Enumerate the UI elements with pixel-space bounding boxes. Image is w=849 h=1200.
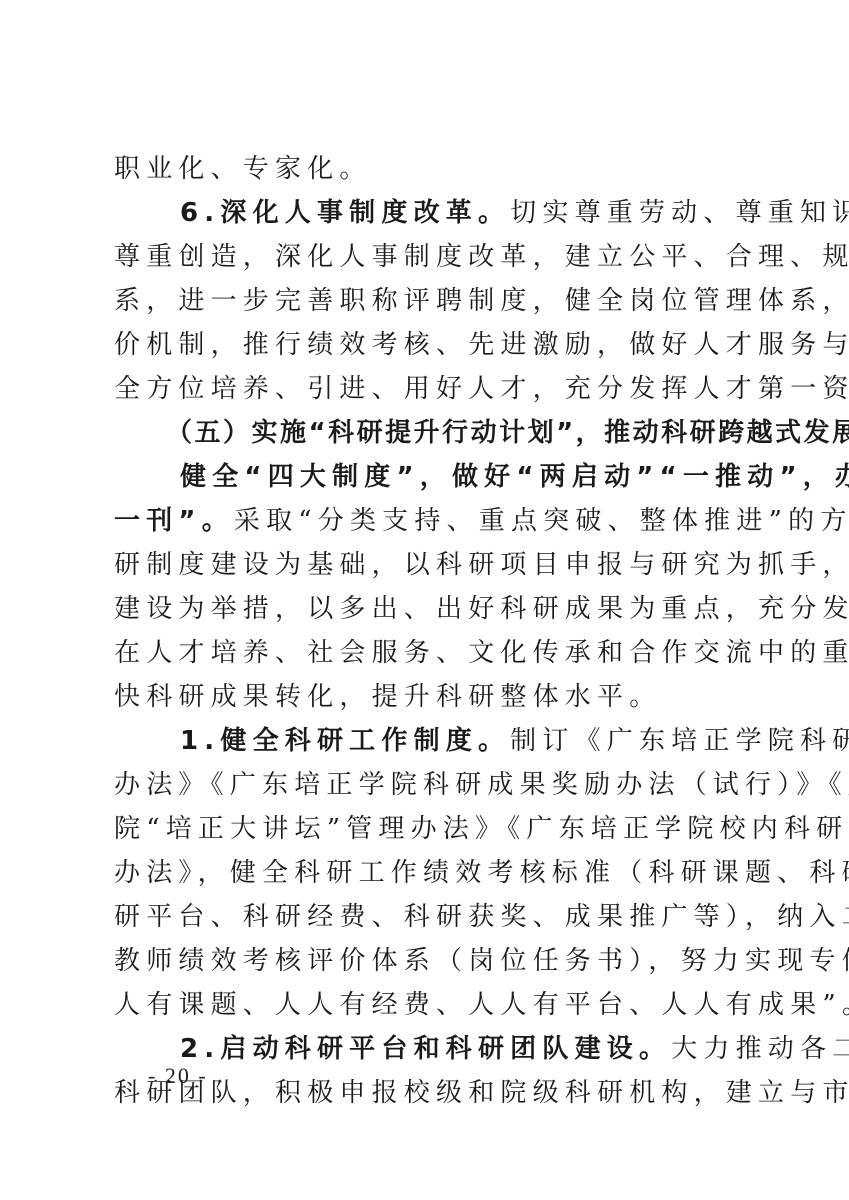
text-line: 在人才培养、社会服务、文化传承和合作交流中的重要作用，加 xyxy=(114,634,849,672)
text-line: 职业化、专家化。 xyxy=(114,150,372,188)
text-line: 快科研成果转化，提升科研整体水平。 xyxy=(114,678,661,716)
text-line: 院“培正大讲坛”管理办法》《广东培正学院校内科研机构管理 xyxy=(114,810,849,848)
item-2-title: 2.启动科研平台和科研团队建设。 xyxy=(180,1034,671,1064)
text-line: 全方位培养、引进、用好人才，充分发挥人才第一资源作用。 xyxy=(114,370,849,408)
section-heading: （五）实施“科研提升行动计划”，推动科研跨越式发展 xyxy=(166,414,849,452)
text-line: 研平台、科研经费、科研获奖、成果推广等），纳入二级学院和 xyxy=(114,898,849,936)
text-line: 教师绩效考核评价体系（岗位任务书），努力实现专任教师“人 xyxy=(114,942,849,980)
lead-paragraph-line: 健全“四大制度”，做好“两启动”“一推动”，办好“一坛 xyxy=(180,458,849,496)
item-1-title: 1.健全科研工作制度。 xyxy=(180,726,510,756)
section-6-title: 6.深化人事制度改革。 xyxy=(180,198,510,228)
page-number: - 20 - xyxy=(148,1063,208,1089)
text-line: 研制度建设为基础，以科研项目申报与研究为抓手，以科研平台 xyxy=(114,546,849,584)
text-line: 办法》，健全科研工作绩效考核标准（科研课题、科研成果、科 xyxy=(114,854,849,892)
text-line: 价机制，推行绩效考核、先进激励，做好人才服务与管理工作， xyxy=(114,326,849,364)
text-line: 建设为举措，以多出、出好科研成果为重点，充分发挥科学研究 xyxy=(114,590,849,628)
item-1-title-line: 1.健全科研工作制度。制订《广东培正学院科研工作量考核 xyxy=(180,722,849,760)
text-line: 尊重创造，深化人事制度改革，建立公平、合理、规范的薪酬体 xyxy=(114,238,849,276)
text-line: 人有课题、人人有经费、人人有平台、人人有成果”。 xyxy=(114,986,849,1024)
text-line: 科研团队，积极申报校级和院级科研机构，建立与市场和产业紧 xyxy=(114,1074,849,1112)
section-6-title-line: 6.深化人事制度改革。切实尊重劳动、尊重知识、尊重人才、 xyxy=(180,194,849,232)
item-2-title-line: 2.启动科研平台和科研团队建设。大力推动各二级学院组建 xyxy=(180,1030,849,1068)
text-line: 系，进一步完善职称评聘制度，健全岗位管理体系，完善考核评 xyxy=(114,282,849,320)
text-line: 一刊”。采取“分类支持、重点突破、整体推进”的方式，以科 xyxy=(114,502,849,540)
text-line: 办法》《广东培正学院科研成果奖励办法（试行）》《广东培正学 xyxy=(114,766,849,804)
